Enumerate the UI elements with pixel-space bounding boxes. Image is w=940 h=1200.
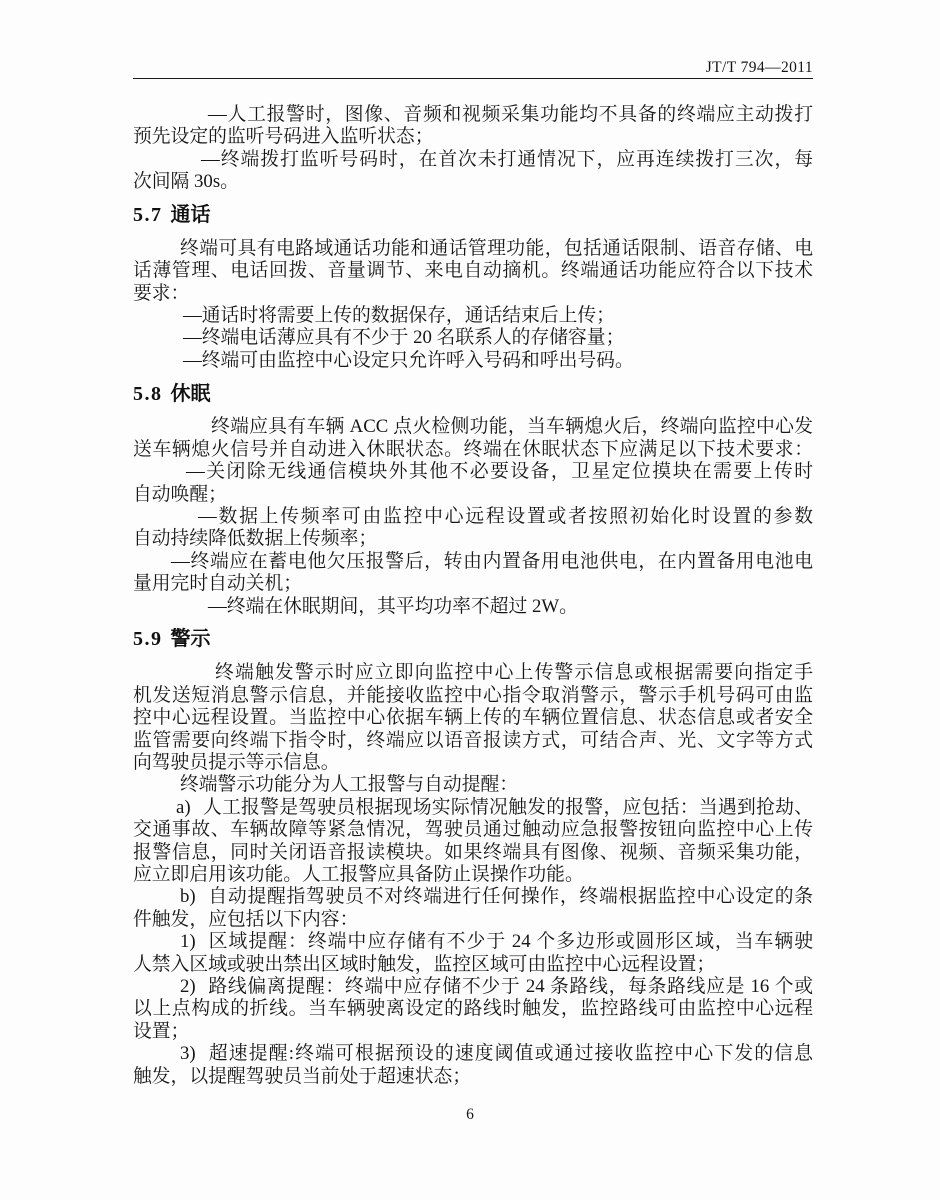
text-line: 终端触发警示时应立即向监控中心上传警示信息或根据需要向指定手 (133, 662, 813, 684)
text-line: 监管需要向终端下指令时，终端应以语音报读方式，可结合声、光、文字等方式 (133, 730, 813, 752)
section-heading-5-9: 5.9警示 (133, 627, 813, 652)
list-item-3: 3)超速提醒:终端可根据预设的速度阈值或通过接收监控中心下发的信息 触发，以提醒… (133, 1043, 813, 1088)
document-page: { "header": { "standard_code": "JT/T 794… (0, 0, 940, 1200)
text-line: b)自动提醒指驾驶员不对终端进行任何操作，终端根据监控中心设定的条 (133, 886, 813, 908)
dash-item: —终端可由监控中心设定只允许呼入号码和呼出号码。 (133, 350, 813, 372)
list-item-b: b)自动提醒指驾驶员不对终端进行任何操作，终端根据监控中心设定的条 件触发，应包… (133, 886, 813, 931)
text-line: a)人工报警是驾驶员根据现场实际情况触发的报警，应包括：当遇到抢劫、 (133, 797, 813, 819)
text-line: —终端拨打监听号码时，在首次未打通情况下，应再连续拨打三次，每 (133, 149, 813, 171)
section-number: 5.8 (133, 383, 163, 405)
text-line: 送车辆熄火信号并自动进入休眠状态。终端在休眠状态下应满足以下技术要求： (133, 439, 813, 461)
text-line: 报警信息，同时关闭语音报读模块。如果终端具有图像、视频、音频采集功能， (133, 842, 813, 864)
list-item-a: a)人工报警是驾驶员根据现场实际情况触发的报警，应包括：当遇到抢劫、 交通事故、… (133, 797, 813, 887)
header-rule (133, 78, 813, 79)
section-number: 5.7 (133, 204, 163, 226)
section-title: 休眠 (171, 383, 211, 405)
section-number: 5.9 (133, 628, 163, 650)
text-line: 1)区域提醒：终端中应存储有不少于 24 个多边形或圆形区域，当车辆驶 (133, 931, 813, 953)
text-line: —通话时将需要上传的数据保存，通话结束后上传； (133, 305, 813, 327)
text-line: 2)路线偏离提醒：终端中应存储不少于 24 条路线，每条路线应是 16 个或 (133, 976, 813, 998)
text-line: 交通事故、车辆故障等紧急情况，驾驶员通过触动应急报警按钮向监控中心上传 (133, 819, 813, 841)
text-line: 向驾驶员提示等示信息。 (133, 752, 813, 774)
text-line: 件触发，应包括以下内容： (133, 909, 813, 931)
list-item-2: 2)路线偏离提醒：终端中应存储不少于 24 条路线，每条路线应是 16 个或 以… (133, 976, 813, 1043)
text-line: 3)超速提醒:终端可根据预设的速度阈值或通过接收监控中心下发的信息 (133, 1043, 813, 1065)
text-line: —关闭除无线通信模块外其他不必要设备，卫星定位摸块在需要上传时 (133, 461, 813, 483)
text-line: 人禁入区域或驶出禁出区域时触发，监控区域可由监控中心远程设置； (133, 954, 813, 976)
paragraph: 终端可具有电路域通话功能和通话管理功能，包括通话限制、语音存储、电 话薄管理、电… (133, 238, 813, 305)
section-title: 通话 (171, 204, 211, 226)
text-line: 预先设定的监听号码进入监听状态； (133, 126, 813, 148)
text-line: 以上点构成的折线。当车辆驶离设定的路线时触发，监控路线可由监控中心远程 (133, 998, 813, 1020)
text-line: 量用完时自动关机； (133, 573, 813, 595)
dash-item: —通话时将需要上传的数据保存，通话结束后上传； (133, 305, 813, 327)
dash-item: —终端在休眠期间，其平均功率不超过 2W。 (133, 596, 813, 618)
dash-item: —终端电话薄应具有不少于 20 名联系人的存储容量； (133, 327, 813, 349)
text-line: —人工报警时，图像、音频和视频采集功能均不具备的终端应主动拨打 (133, 104, 813, 126)
text-line: 触发，以提醒驾驶员当前处于超速状态； (133, 1066, 813, 1088)
dash-item: —关闭除无线通信模块外其他不必要设备，卫星定位摸块在需要上传时 自动唤醒； (133, 461, 813, 506)
text-line: 控中心远程设置。当监控中心依据车辆上传的车辆位置信息、状态信息或者安全 (133, 707, 813, 729)
section-heading-5-7: 5.7通话 (133, 203, 813, 228)
text-line: 设置； (133, 1021, 813, 1043)
lead-paragraph: —终端拨打监听号码时，在首次未打通情况下，应再连续拨打三次，每 次间隔 30s。 (133, 149, 813, 194)
text-segment: 人工报警是驾驶员根据现场实际情况触发的报警，应包括：当遇到抢劫、 (203, 797, 813, 818)
text-line: 自动唤醒； (133, 484, 813, 506)
text-line: —终端应在蓄电他欠压报警后，转由内置备用电池供电，在内置备用电池电 (133, 551, 813, 573)
section-title: 警示 (171, 628, 211, 650)
paragraph: 终端应具有车辆 ACC 点火检侧功能，当车辆熄火后，终端向监控中心发 送车辆熄火… (133, 416, 813, 461)
text-segment: 超速提醒:终端可根据预设的速度阈值或通过接收监控中心下发的信息 (208, 1043, 813, 1064)
dash-item: —终端应在蓄电他欠压报警后，转由内置备用电池供电，在内置备用电池电 量用完时自动… (133, 551, 813, 596)
text-line: 终端可具有电路域通话功能和通话管理功能，包括通话限制、语音存储、电 (133, 238, 813, 260)
text-line: 应立即启用该功能。人工报警应具备防止误操作功能。 (133, 864, 813, 886)
page-number: 6 (0, 1106, 940, 1124)
text-line: 自动持续降低数据上传频率； (133, 528, 813, 550)
standard-code: JT/T 794—2011 (706, 59, 813, 77)
item-marker: a) (176, 797, 191, 818)
text-line: —终端电话薄应具有不少于 20 名联系人的存储容量； (133, 327, 813, 349)
text-line: 机发送短消息警示信息，并能接收监控中心指令取消警示，警示手机号码可由监 (133, 685, 813, 707)
document-content: —人工报警时，图像、音频和视频采集功能均不具备的终端应主动拨打 预先设定的监听号… (133, 104, 813, 1088)
section-heading-5-8: 5.8休眠 (133, 382, 813, 407)
paragraph: 终端警示功能分为人工报警与自动提醒： (133, 774, 813, 796)
text-line: —终端可由监控中心设定只允许呼入号码和呼出号码。 (133, 350, 813, 372)
text-line: 话薄管理、电话回拨、音量调节、来电自动摘机。终端通话功能应符合以下技术 (133, 260, 813, 282)
item-marker: b) (180, 886, 196, 907)
dash-item: —数据上传频率可由监控中心远程设置或者按照初始化时设置的参数 自动持续降低数据上… (133, 506, 813, 551)
text-line: 终端应具有车辆 ACC 点火检侧功能，当车辆熄火后，终端向监控中心发 (133, 416, 813, 438)
paragraph: 终端触发警示时应立即向监控中心上传警示信息或根据需要向指定手 机发送短消息警示信… (133, 662, 813, 774)
text-segment: 路线偏离提醒：终端中应存储不少于 24 条路线，每条路线应是 16 个或 (208, 976, 813, 997)
text-segment: 自动提醒指驾驶员不对终端进行任何操作，终端根据监控中心设定的条 (208, 886, 813, 907)
text-line: —终端在休眠期间，其平均功率不超过 2W。 (133, 596, 813, 618)
item-marker: 3) (180, 1043, 196, 1064)
text-line: 终端警示功能分为人工报警与自动提醒： (133, 774, 813, 796)
lead-paragraph: —人工报警时，图像、音频和视频采集功能均不具备的终端应主动拨打 预先设定的监听号… (133, 104, 813, 149)
list-item-1: 1)区域提醒：终端中应存储有不少于 24 个多边形或圆形区域，当车辆驶 人禁入区… (133, 931, 813, 976)
item-marker: 2) (180, 976, 196, 997)
text-line: —数据上传频率可由监控中心远程设置或者按照初始化时设置的参数 (133, 506, 813, 528)
text-segment: 区域提醒：终端中应存储有不少于 24 个多边形或圆形区域，当车辆驶 (208, 931, 813, 952)
item-marker: 1) (180, 931, 196, 952)
text-line: 要求： (133, 283, 813, 305)
text-line: 次间隔 30s。 (133, 171, 813, 193)
